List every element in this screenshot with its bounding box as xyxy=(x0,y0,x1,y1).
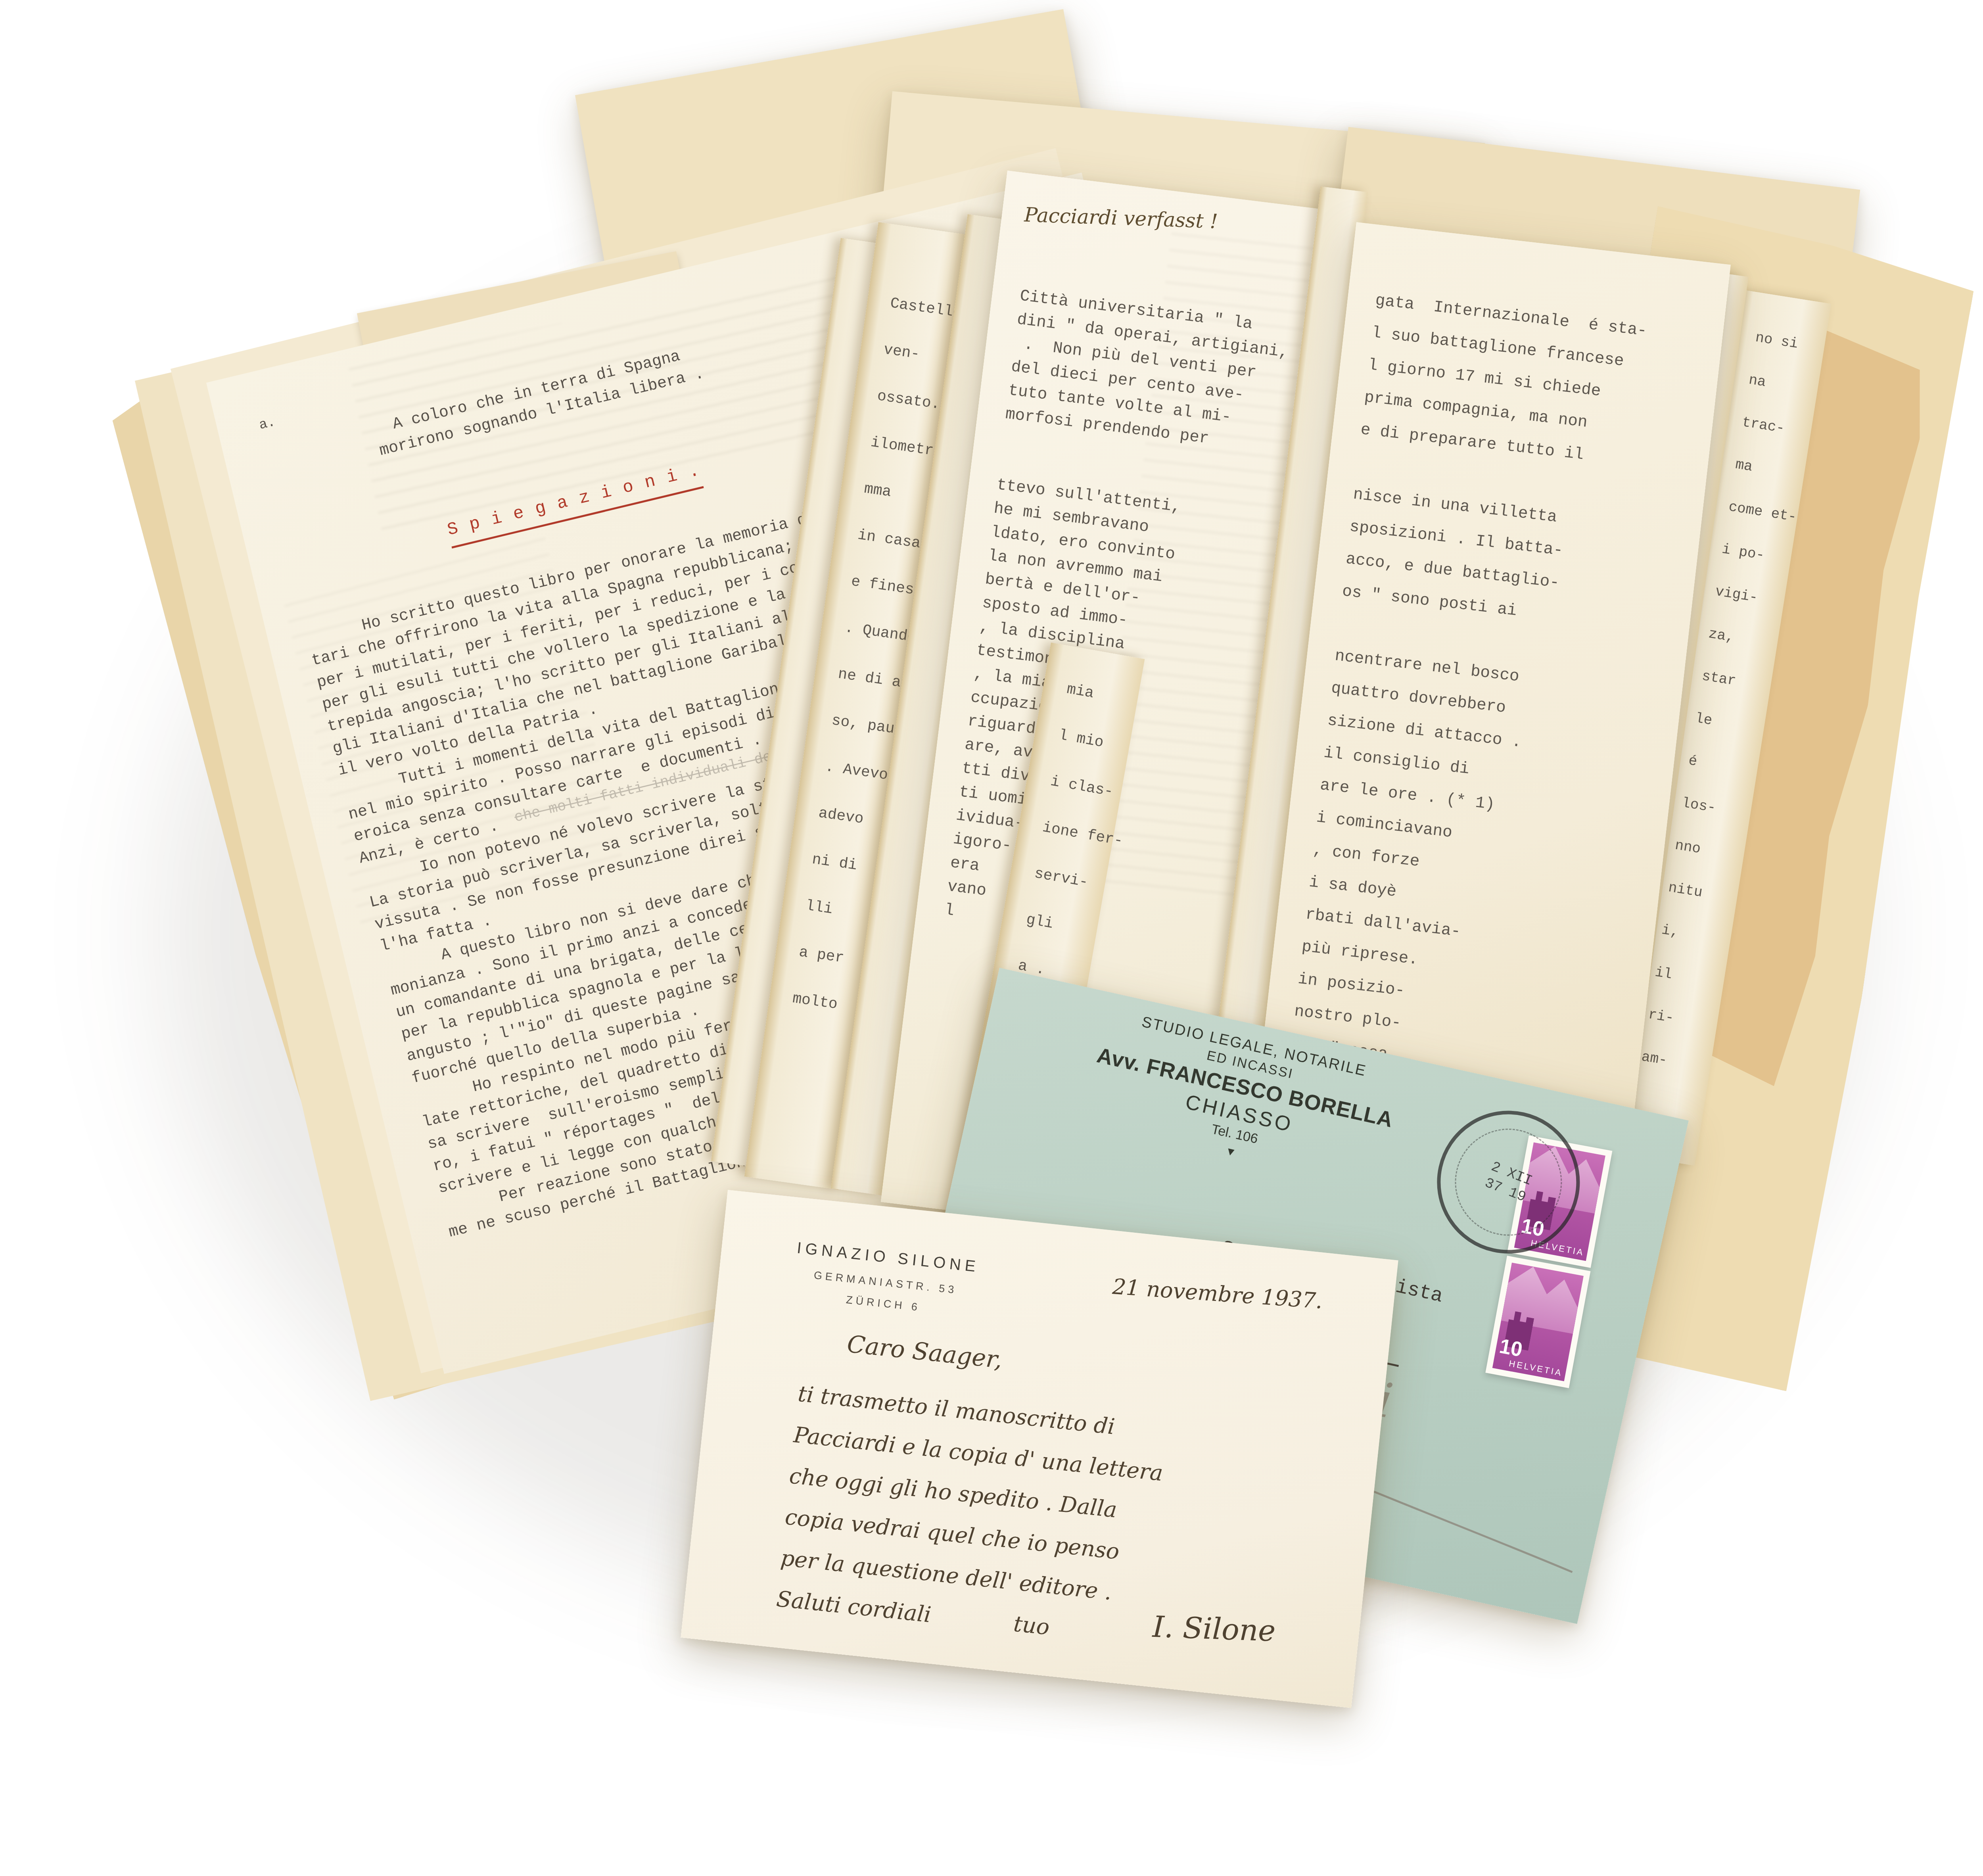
stamp-country: HELVETIA xyxy=(1508,1358,1563,1378)
signature: I. Silone xyxy=(1152,1610,1276,1648)
card-date: 21 novembre 1937. xyxy=(1112,1274,1323,1314)
card-letterhead: IGNAZIO SILONE GERMANIASTR. 53 ZÜRICH 6 xyxy=(772,1237,999,1322)
postage-stamp: 10 HELVETIA xyxy=(1485,1256,1590,1388)
card-body: ti trasmetto il manoscritto diPacciardi … xyxy=(775,1373,1170,1658)
card-salutation: Caro Saager, xyxy=(846,1330,1003,1374)
stamp-art: 10 HELVETIA xyxy=(1492,1263,1584,1381)
photograph-of-documents: a. A coloro che in terra di Spagnamoriro… xyxy=(0,0,1983,1876)
stamp-value: 10 xyxy=(1498,1334,1525,1362)
autograph-card: IGNAZIO SILONE GERMANIASTR. 53 ZÜRICH 6 … xyxy=(681,1190,1398,1708)
page-number-label: a. xyxy=(258,415,277,433)
ink-annotation: Pacciardi verfasst ! xyxy=(1024,203,1218,233)
postmark-date: 2 XII 37 19 xyxy=(1471,1153,1546,1211)
